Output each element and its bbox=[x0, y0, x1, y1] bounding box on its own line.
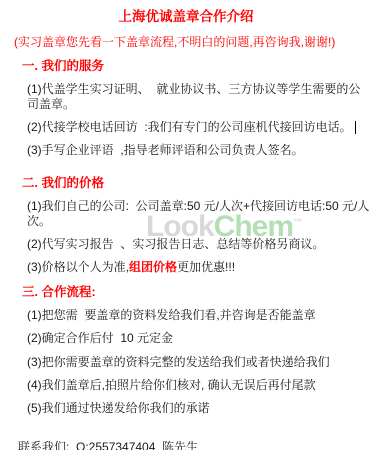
group-price-highlight: 组团价格 bbox=[129, 260, 177, 274]
process-step-1: (1)把您需 要盖章的资料发给我们看,并咨询是否能盖章 bbox=[27, 308, 372, 323]
price-item-1: (1)我们自己的公司: 公司盖章:50 元/人次+代接回访电话:50 元/人次。 bbox=[27, 199, 372, 229]
service-item-3: (3)手写企业评语 ,指导老师评语和公司负责人签名。 bbox=[27, 143, 372, 158]
intro-note: (实习盖章您先看一下盖章流程,不明白的问题,再咨询我,谢谢!) bbox=[14, 35, 372, 50]
document-page[interactable]: 上海优诚盖章合作介绍 (实习盖章您先看一下盖章流程,不明白的问题,再咨询我,谢谢… bbox=[0, 0, 372, 450]
section-heading-prices: 二. 我们的价格 bbox=[22, 175, 372, 191]
process-step-4: (4)我们盖章后,拍照片给你们核对, 确认无误后再付尾款 bbox=[27, 378, 372, 393]
price-item-3-prefix: (3)价格以个人为准, bbox=[27, 260, 129, 274]
price-item-3: (3)价格以个人为准,组团价格更加优惠!!! bbox=[27, 260, 372, 275]
service-item-2-text: (2)代接学校电话回访 :我们有专门的公司座机代接回访电话。 bbox=[27, 120, 352, 134]
text-cursor bbox=[355, 121, 356, 134]
price-item-2: (2)代写实习报告 、实习报告日志、总结等价格另商议。 bbox=[27, 237, 372, 252]
process-step-5: (5)我们通过快递发给你我们的承诺 bbox=[27, 401, 372, 416]
price-item-3-suffix: 更加优惠!!! bbox=[177, 260, 235, 274]
page-title: 上海优诚盖章合作介绍 bbox=[0, 0, 372, 25]
section-heading-process: 三. 合作流程: bbox=[22, 284, 372, 300]
service-item-1: (1)代盖学生实习证明、 就业协议书、三方协议等学生需要的公司盖章。 bbox=[27, 82, 372, 112]
service-item-2: (2)代接学校电话回访 :我们有专门的公司座机代接回访电话。 bbox=[27, 120, 372, 135]
section-heading-services: 一. 我们的服务 bbox=[22, 58, 372, 74]
contact-info: 联系我们: Q:2557347404 陈先生 bbox=[18, 440, 372, 450]
process-step-3: (3)把你需要盖章的资料完整的发送给我们或者快递给我们 bbox=[27, 355, 372, 370]
process-step-2: (2)确定合作后付 10 元定金 bbox=[27, 331, 372, 346]
